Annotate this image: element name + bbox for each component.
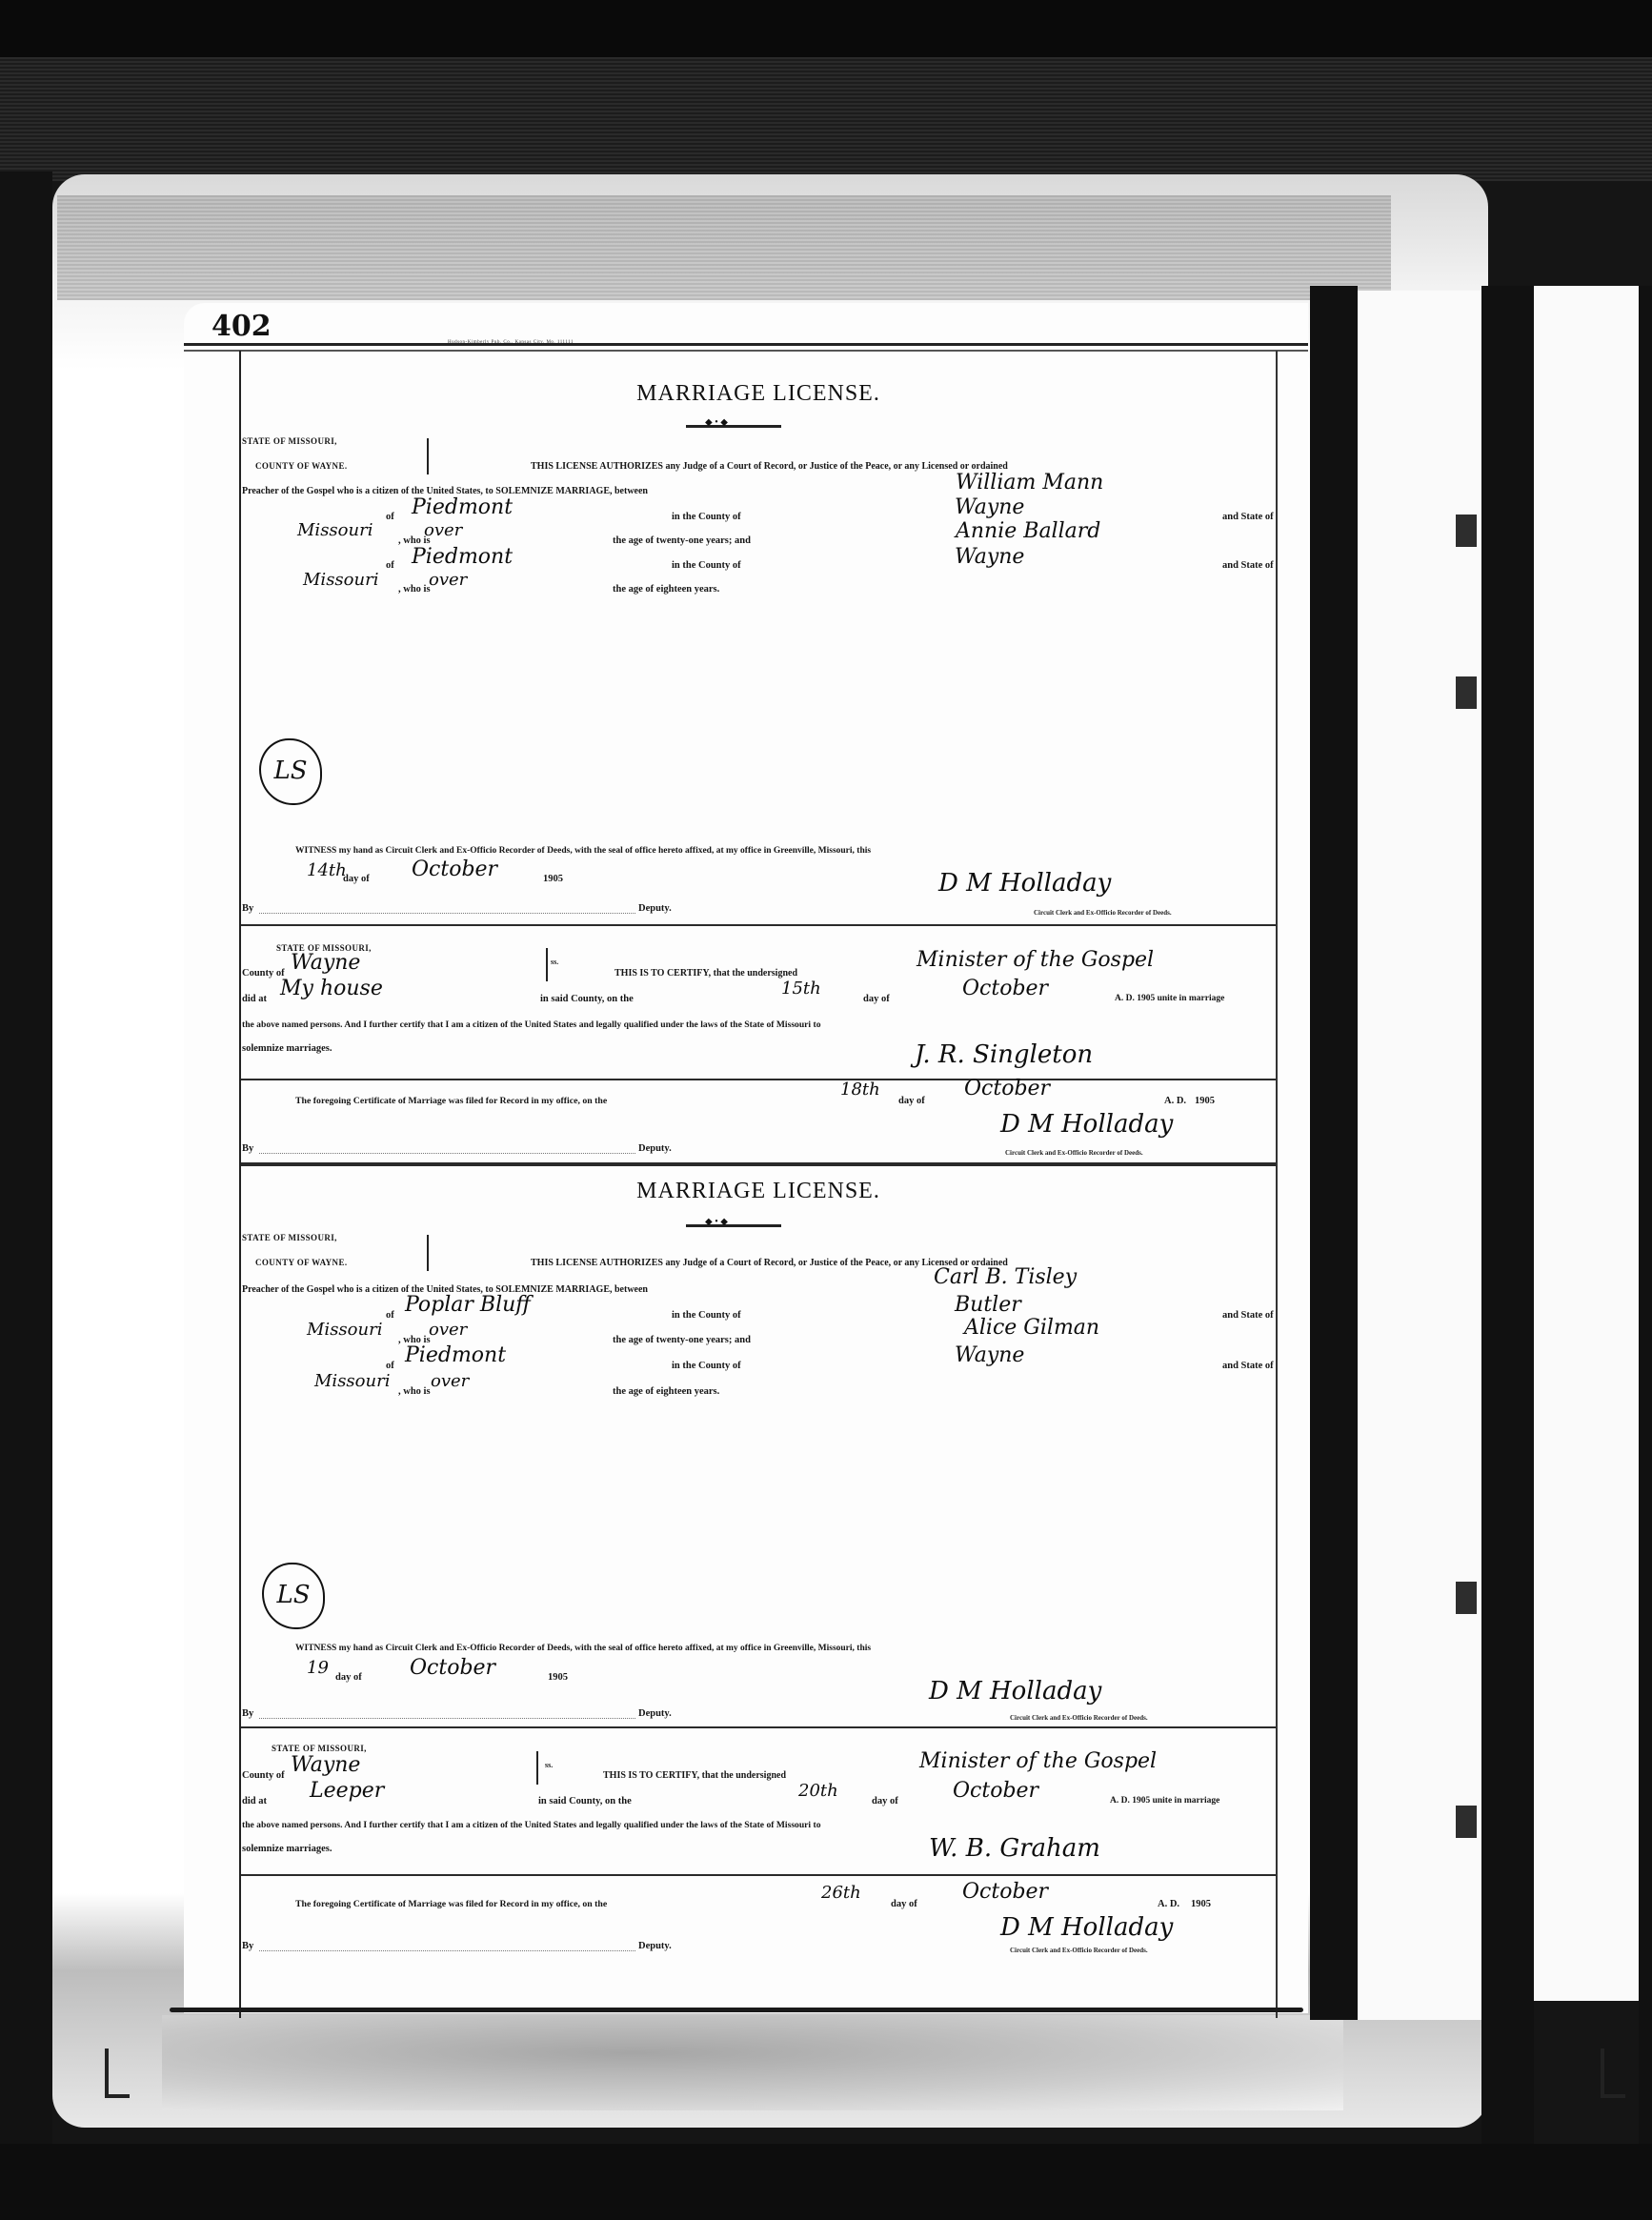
day-of-label: day of xyxy=(898,1096,925,1106)
groom-age: over xyxy=(429,1320,467,1340)
cert-county: Wayne xyxy=(291,951,360,975)
groom-name: William Mann xyxy=(956,471,1103,494)
film-gutter xyxy=(1481,286,1534,2144)
ceremony-place: My house xyxy=(280,977,383,1000)
film-left-edge xyxy=(0,172,52,2220)
of-label: of xyxy=(386,512,394,522)
state-label: STATE OF MISSOURI, xyxy=(242,1233,337,1242)
filed-text: The foregoing Certificate of Marriage wa… xyxy=(295,1899,607,1909)
frame-corner-mark xyxy=(105,2048,130,2098)
license-year: 1905 xyxy=(548,1672,568,1683)
day-of-label: day of xyxy=(335,1672,362,1683)
bride-residence: Piedmont xyxy=(405,1343,506,1367)
filed-signature: D M Holladay xyxy=(1000,1110,1173,1139)
filed-text: The foregoing Certificate of Marriage wa… xyxy=(295,1096,607,1106)
officiant-signature: J. R. Singleton xyxy=(915,1040,1093,1069)
filed-year: 1905 xyxy=(1191,1899,1211,1909)
witness-text: WITNESS my hand as Circuit Clerk and Ex-… xyxy=(295,846,871,856)
license-title: MARRIAGE LICENSE. xyxy=(241,381,1276,407)
by-label: By xyxy=(242,1143,253,1154)
county-of-label: County of xyxy=(242,968,285,979)
film-top-edge xyxy=(0,0,1652,57)
state-label: STATE OF MISSOURI, xyxy=(242,436,337,446)
groom-name: Carl B. Tisley xyxy=(934,1265,1077,1289)
record-divider xyxy=(241,1162,1276,1166)
clerk-title: Circuit Clerk and Ex-Officio Recorder of… xyxy=(1010,1714,1148,1722)
film-gutter xyxy=(1310,286,1358,2020)
did-at-label: did at xyxy=(242,994,267,1004)
authorization-text: THIS LICENSE AUTHORIZES any Judge of a C… xyxy=(531,461,1008,472)
age-21-label: the age of twenty-one years; and xyxy=(613,535,751,546)
bride-name: Alice Gilman xyxy=(964,1316,1099,1340)
bride-residence: Piedmont xyxy=(412,545,513,569)
day-of-label: day of xyxy=(891,1899,917,1909)
county-of-label: in the County of xyxy=(672,560,741,571)
filed-signature: D M Holladay xyxy=(1000,1913,1173,1942)
filed-day: 26th xyxy=(821,1883,861,1903)
brace xyxy=(538,948,548,981)
header-rule xyxy=(184,350,1308,352)
ceremony-day: 15th xyxy=(781,979,821,999)
film-right-edge xyxy=(1639,286,1652,2220)
deputy-label: Deputy. xyxy=(638,1941,672,1951)
filed-month: October xyxy=(962,1880,1048,1904)
header-rule xyxy=(184,343,1308,346)
county-of-label: in the County of xyxy=(672,1361,741,1371)
bride-state: Missouri xyxy=(314,1371,390,1391)
county-of-label: in the County of xyxy=(672,1310,741,1321)
by-label: By xyxy=(242,903,253,914)
ad-unite-label: A. D. 1905 unite in marriage xyxy=(1110,1796,1219,1806)
title-ornament xyxy=(686,425,781,428)
page-number: 402 xyxy=(212,310,272,343)
section-divider xyxy=(241,1874,1276,1876)
of-label: of xyxy=(386,560,394,571)
officiant-title: Minister of the Gospel xyxy=(917,948,1154,972)
ss-label: ss. xyxy=(551,958,558,966)
film-scratched-band xyxy=(0,57,1652,181)
license-year: 1905 xyxy=(543,874,563,884)
officiant-signature: W. B. Graham xyxy=(929,1834,1100,1863)
ad-label: A. D. xyxy=(1158,1899,1179,1909)
film-bottom-edge xyxy=(0,2144,1652,2220)
certify-text: THIS IS TO CERTIFY, that the undersigned xyxy=(603,1770,786,1781)
who-is-label: , who is xyxy=(398,584,431,595)
county-of-label: County of xyxy=(242,1770,285,1781)
bride-name: Annie Ballard xyxy=(956,519,1100,543)
groom-county: Wayne xyxy=(955,495,1024,519)
groom-state: Missouri xyxy=(307,1320,382,1340)
groom-county: Butler xyxy=(955,1293,1021,1317)
groom-state: Missouri xyxy=(297,520,373,540)
deputy-label: Deputy. xyxy=(638,1708,672,1719)
county-of-label: in the County of xyxy=(672,512,741,522)
cert-state-label: STATE OF MISSOURI, xyxy=(272,1744,367,1753)
page-tab-mark xyxy=(1456,676,1477,709)
seal-ls: LS xyxy=(262,1563,325,1629)
ss-label: ss. xyxy=(545,1761,553,1769)
day-of-label: day of xyxy=(872,1796,898,1806)
cert-county: Wayne xyxy=(291,1753,360,1777)
by-label: By xyxy=(242,1708,253,1719)
bride-county: Wayne xyxy=(955,545,1024,569)
page-tab-mark xyxy=(1456,1806,1477,1838)
license-day: 19 xyxy=(307,1658,329,1678)
margin-rule xyxy=(1276,351,1278,2018)
section-divider xyxy=(241,1079,1276,1080)
page-tab-mark xyxy=(1456,1582,1477,1614)
certify-text: THIS IS TO CERTIFY, that the undersigned xyxy=(614,968,797,979)
ceremony-month: October xyxy=(953,1779,1038,1803)
age-18-label: the age of eighteen years. xyxy=(613,1386,719,1397)
bride-age: over xyxy=(429,570,467,590)
license-month: October xyxy=(412,858,497,881)
day-of-label: day of xyxy=(863,994,890,1004)
deputy-label: Deputy. xyxy=(638,903,672,914)
state-of-label: and State of xyxy=(1222,512,1274,522)
groom-residence: Piedmont xyxy=(412,495,513,519)
bride-age: over xyxy=(431,1371,469,1391)
license-title: MARRIAGE LICENSE. xyxy=(241,1179,1276,1204)
said-county-label: in said County, on the xyxy=(538,1796,632,1806)
page-tab-mark xyxy=(1456,515,1477,547)
license-day: 14th xyxy=(307,860,347,880)
brace xyxy=(529,1751,538,1785)
clerk-title: Circuit Clerk and Ex-Officio Recorder of… xyxy=(1010,1947,1148,1954)
of-label: of xyxy=(386,1361,394,1371)
clerk-title: Circuit Clerk and Ex-Officio Recorder of… xyxy=(1005,1149,1143,1157)
state-of-label: and State of xyxy=(1222,1361,1274,1371)
adjacent-page-strip xyxy=(1358,291,1481,2020)
brace xyxy=(419,438,429,474)
clerk-signature: D M Holladay xyxy=(929,1677,1101,1705)
officiant-title: Minister of the Gospel xyxy=(919,1749,1157,1773)
of-label: of xyxy=(386,1310,394,1321)
brace xyxy=(419,1235,429,1271)
clerk-signature: D M Holladay xyxy=(938,869,1111,898)
further-certify-text: the above named persons. And I further c… xyxy=(242,1019,821,1030)
county-label: COUNTY OF WAYNE. xyxy=(255,1258,348,1267)
adjacent-page-strip xyxy=(1534,286,1639,2001)
section-divider xyxy=(241,1726,1276,1728)
ceremony-day: 20th xyxy=(798,1781,838,1801)
page-bottom-edge xyxy=(170,2008,1303,2012)
age-18-label: the age of eighteen years. xyxy=(613,584,719,595)
witness-text: WITNESS my hand as Circuit Clerk and Ex-… xyxy=(295,1644,871,1653)
seal-ls: LS xyxy=(259,738,322,805)
title-ornament xyxy=(686,1224,781,1227)
groom-residence: Poplar Bluff xyxy=(405,1293,531,1317)
county-label: COUNTY OF WAYNE. xyxy=(255,461,348,471)
filed-year: 1905 xyxy=(1195,1096,1215,1106)
ceremony-month: October xyxy=(962,977,1048,1000)
clerk-title: Circuit Clerk and Ex-Officio Recorder of… xyxy=(1034,909,1172,917)
solemnize-text: solemnize marriages. xyxy=(242,1844,332,1854)
bride-state: Missouri xyxy=(303,570,378,590)
ceremony-place: Leeper xyxy=(310,1779,384,1803)
bride-county: Wayne xyxy=(955,1343,1024,1367)
deputy-line xyxy=(259,1718,635,1719)
did-at-label: did at xyxy=(242,1796,267,1806)
day-of-label: day of xyxy=(343,874,370,884)
frame-top-smudge xyxy=(57,195,1391,300)
said-county-label: in said County, on the xyxy=(540,994,634,1004)
solemnize-text: solemnize marriages. xyxy=(242,1043,332,1054)
deputy-line xyxy=(259,913,635,914)
further-certify-text: the above named persons. And I further c… xyxy=(242,1820,821,1830)
who-is-label: , who is xyxy=(398,1386,431,1397)
state-of-label: and State of xyxy=(1222,1310,1274,1321)
frame-corner-mark xyxy=(1601,2048,1625,2098)
license-month: October xyxy=(410,1656,495,1680)
deputy-line xyxy=(259,1153,635,1154)
ad-label: A. D. xyxy=(1164,1096,1186,1106)
deputy-label: Deputy. xyxy=(638,1143,672,1154)
by-label: By xyxy=(242,1941,253,1951)
state-of-label: and State of xyxy=(1222,560,1274,571)
groom-age: over xyxy=(424,520,462,540)
deputy-line xyxy=(259,1950,635,1951)
filed-month: October xyxy=(964,1077,1050,1100)
age-21-label: the age of twenty-one years; and xyxy=(613,1335,751,1345)
filed-day: 18th xyxy=(840,1080,880,1100)
ad-unite-label: A. D. 1905 unite in marriage xyxy=(1115,994,1224,1003)
section-divider xyxy=(241,924,1276,926)
frame-bottom-smudge xyxy=(162,2015,1343,2110)
